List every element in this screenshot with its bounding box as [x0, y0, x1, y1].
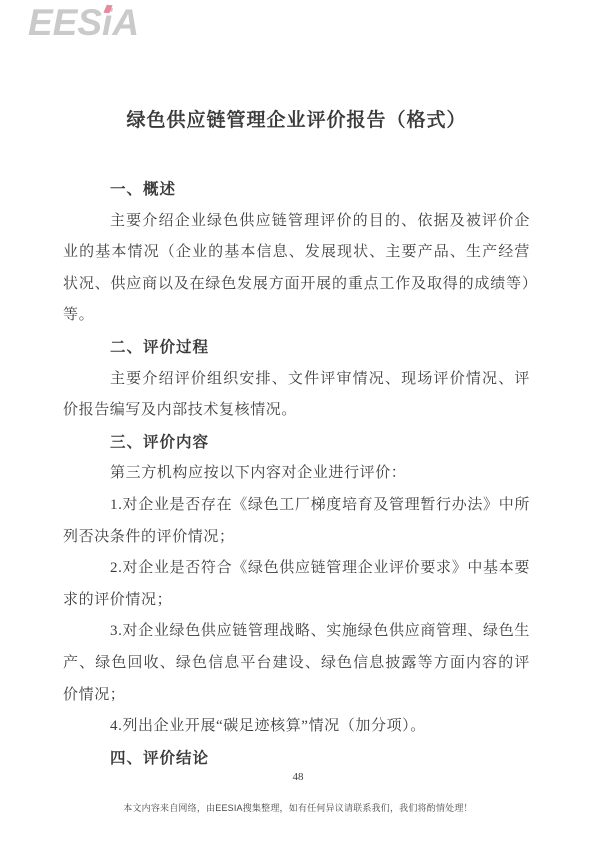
- document-title: 绿色供应链管理企业评价报告（格式）: [63, 108, 530, 134]
- eesia-logo: EESiA: [28, 2, 139, 44]
- list-item-1: 1.对企业是否存在《绿色工厂梯度培育及管理暂行办法》中所列否决条件的评价情况；: [63, 490, 530, 553]
- section-heading: 三、评价内容: [63, 427, 530, 459]
- section-evaluation-content: 三、评价内容 第三方机构应按以下内容对企业进行评价： 1.对企业是否存在《绿色工…: [63, 427, 530, 743]
- paragraph: 主要介绍企业绿色供应链管理评价的目的、依据及被评价企业的基本情况（企业的基本信息…: [63, 206, 530, 332]
- document-page: EESiA 绿色供应链管理企业评价报告（格式） 一、概述 主要介绍企业绿色供应链…: [0, 0, 596, 842]
- section-heading: 四、评价结论: [63, 743, 530, 775]
- section-heading: 二、评价过程: [63, 332, 530, 364]
- logo-text-after: A: [112, 2, 139, 43]
- list-item-4: 4.列出企业开展“碳足迹核算”情况（加分项）。: [63, 711, 530, 743]
- logo-text-before: EES: [28, 2, 102, 43]
- document-content: 绿色供应链管理企业评价报告（格式） 一、概述 主要介绍企业绿色供应链管理评价的目…: [63, 108, 530, 774]
- paragraph: 第三方机构应按以下内容对企业进行评价：: [63, 458, 530, 490]
- list-item-3: 3.对企业绿色供应链管理战略、实施绿色供应商管理、绿色生产、绿色回收、绿色信息平…: [63, 616, 530, 711]
- paragraph: 主要介绍评价组织安排、文件评审情况、现场评价情况、评价报告编写及内部技术复核情况…: [63, 364, 530, 427]
- page-number: 48: [0, 771, 596, 783]
- list-item-2: 2.对企业是否符合《绿色供应链管理企业评价要求》中基本要求的评价情况；: [63, 553, 530, 616]
- section-heading: 一、概述: [63, 174, 530, 206]
- section-overview: 一、概述 主要介绍企业绿色供应链管理评价的目的、依据及被评价企业的基本情况（企业…: [63, 174, 530, 332]
- footer-disclaimer: 本文内容来自网络，由EESIA搜集整理，如有任何异议请联系我们，我们将酌情处理！: [0, 801, 596, 814]
- section-evaluation-process: 二、评价过程 主要介绍评价组织安排、文件评审情况、现场评价情况、评价报告编写及内…: [63, 332, 530, 427]
- section-evaluation-conclusion: 四、评价结论: [63, 743, 530, 775]
